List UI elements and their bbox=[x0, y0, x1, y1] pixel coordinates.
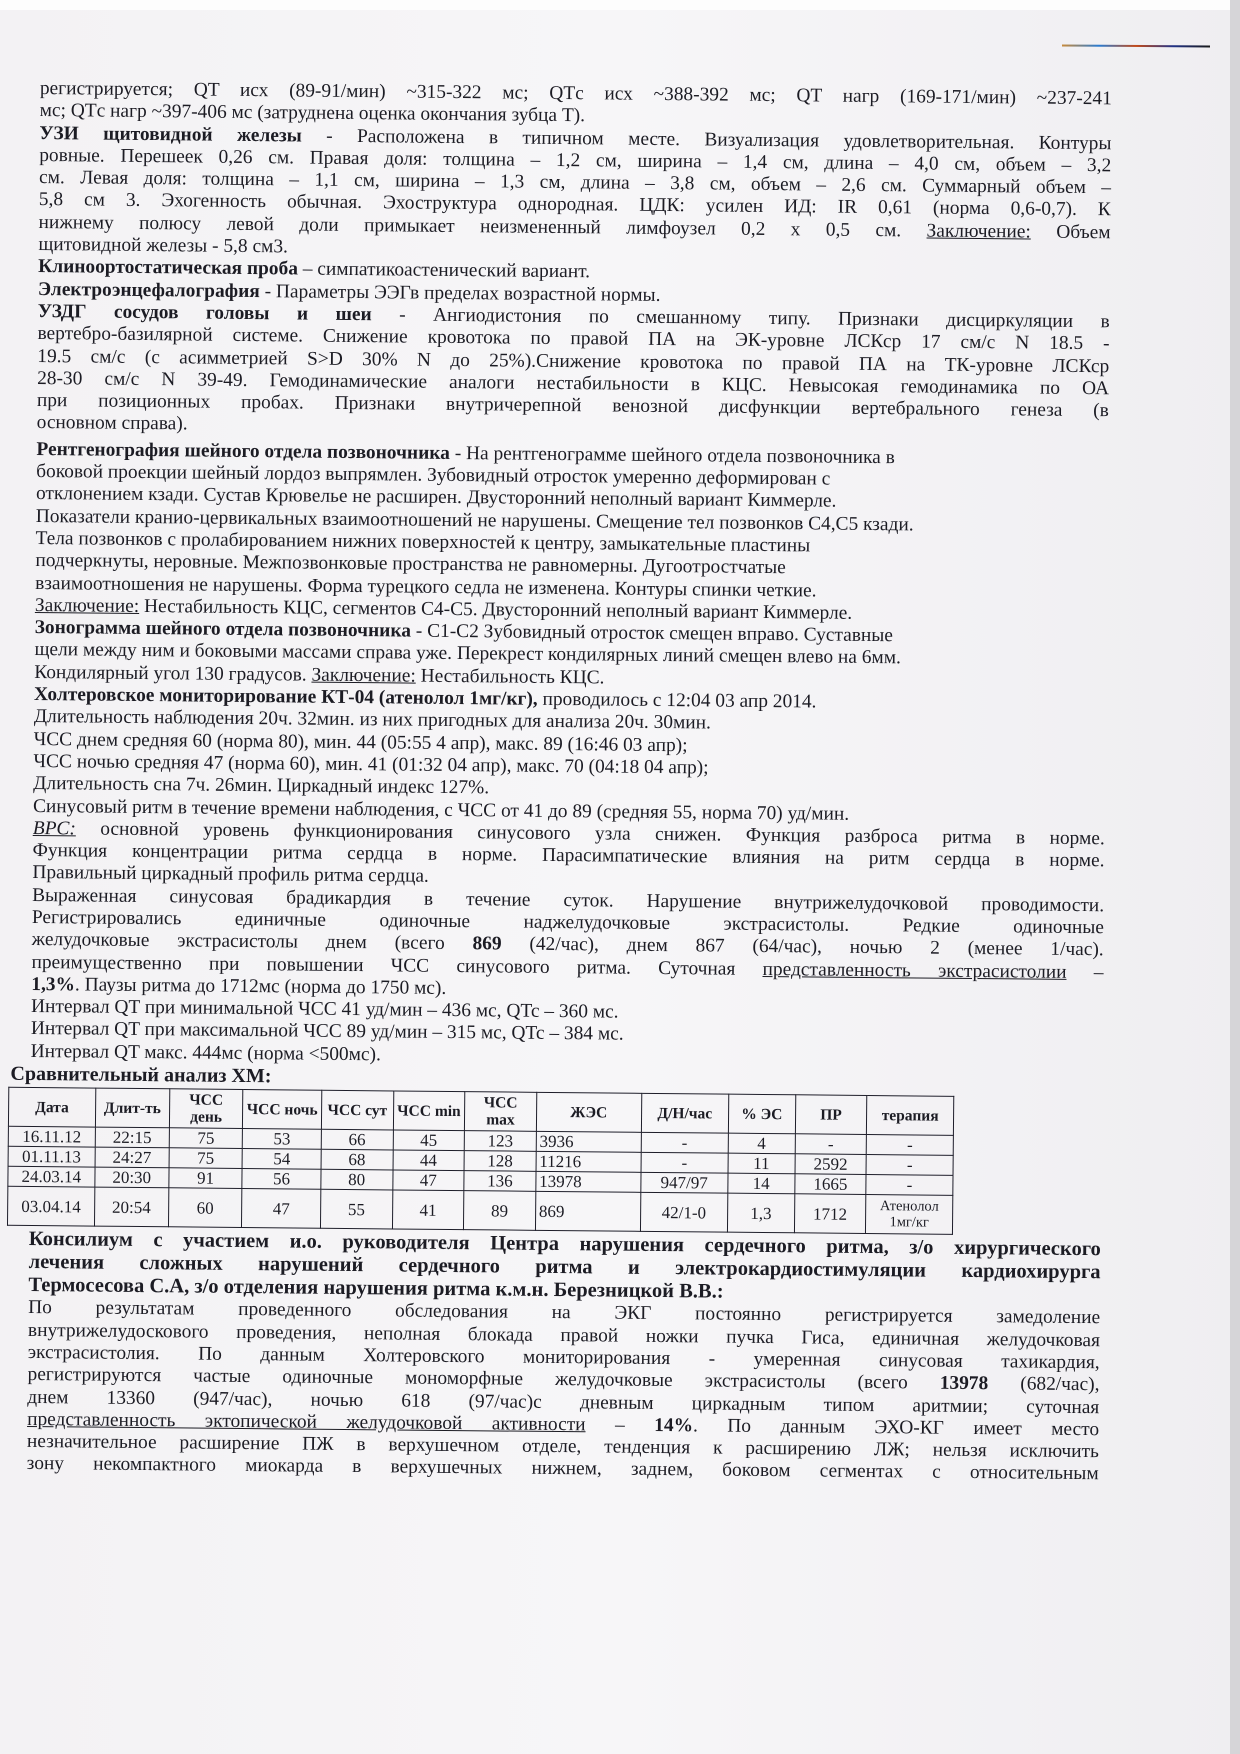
table-cell: 44 bbox=[393, 1150, 465, 1171]
table-cell: 13978 bbox=[536, 1172, 641, 1193]
column-header: ЧСС сут bbox=[321, 1091, 393, 1131]
vrs-label: ВРС: bbox=[33, 818, 76, 839]
table-cell: 947/97 bbox=[640, 1173, 728, 1194]
column-header: Дата bbox=[8, 1088, 95, 1128]
table-cell: 53 bbox=[242, 1129, 321, 1150]
table-cell: 11216 bbox=[536, 1152, 641, 1173]
table-cell: 1,3 bbox=[727, 1194, 794, 1234]
section-title: Рентгенография шейного отдела позвоночни… bbox=[36, 439, 450, 464]
scanned-page: регистрируется; QT исх (89-91/мин) ~315-… bbox=[0, 0, 1240, 1754]
table-cell: 1665 bbox=[794, 1174, 866, 1195]
table-cell: 56 bbox=[242, 1169, 321, 1190]
header-rule-line bbox=[1062, 44, 1210, 47]
section-title: УЗИ щитовидной железы bbox=[39, 123, 302, 147]
column-header: ЧСС день bbox=[169, 1089, 243, 1129]
table-cell: - bbox=[866, 1155, 953, 1176]
table-cell: 75 bbox=[169, 1128, 243, 1149]
conclusion-label: Заключение: bbox=[926, 220, 1030, 242]
table-cell: 123 bbox=[464, 1131, 536, 1152]
table-cell: 80 bbox=[321, 1170, 393, 1191]
table-cell: 47 bbox=[392, 1170, 464, 1191]
column-header: ЧСС min bbox=[393, 1091, 465, 1131]
table-cell: 24.03.14 bbox=[8, 1167, 95, 1188]
table-cell: 68 bbox=[321, 1150, 393, 1171]
column-header: ЧСС ночь bbox=[243, 1090, 322, 1130]
table-cell: Атенолол 1мг/кг bbox=[866, 1195, 953, 1235]
section-title: УЗДГ сосудов головы и шеи bbox=[38, 301, 372, 325]
conclusion-label: Заключение: bbox=[35, 595, 139, 617]
table-cell: 45 bbox=[393, 1130, 465, 1151]
table-cell: - bbox=[866, 1135, 953, 1156]
table-cell: 136 bbox=[464, 1171, 536, 1192]
section-zonogram: Зонограмма шейного отдела позвоночника -… bbox=[34, 617, 1107, 694]
conclusion-label: Заключение: bbox=[311, 664, 415, 686]
table-cell: 16.11.12 bbox=[8, 1127, 95, 1148]
scan-right-edge bbox=[1230, 0, 1240, 1754]
table-cell: 24:27 bbox=[95, 1147, 169, 1168]
table-cell: 66 bbox=[321, 1130, 393, 1151]
scan-top-margin bbox=[0, 0, 1240, 10]
table-row: 03.04.1420:54604755418986942/1-01,31712А… bbox=[7, 1187, 952, 1235]
table-cell: 47 bbox=[242, 1189, 321, 1229]
column-header: ЖЭС bbox=[536, 1093, 641, 1133]
section-thyroid: УЗИ щитовидной железы - Расположена в ти… bbox=[38, 123, 1111, 267]
table-cell: 869 bbox=[535, 1192, 640, 1232]
table-cell: 01.11.13 bbox=[8, 1147, 95, 1168]
table-cell: 2592 bbox=[795, 1154, 867, 1175]
table-cell: 42/1-0 bbox=[640, 1193, 728, 1233]
column-header: ЧСС max bbox=[465, 1092, 537, 1132]
column-header: Д/Н/час bbox=[641, 1094, 729, 1134]
table-cell: 128 bbox=[464, 1151, 536, 1172]
section-title: Холтеровское мониторирование КТ-04 (атен… bbox=[34, 684, 538, 710]
table-cell: 89 bbox=[464, 1191, 536, 1231]
column-header: Длит-ть bbox=[95, 1088, 169, 1128]
table-cell: 3936 bbox=[536, 1132, 641, 1153]
table-cell: - bbox=[866, 1175, 953, 1196]
section-uzdg: УЗДГ сосудов головы и шеи - Ангиодистони… bbox=[37, 301, 1110, 445]
section-xray: Рентгенография шейного отдела позвоночни… bbox=[35, 439, 1109, 628]
table-cell: 03.04.14 bbox=[7, 1187, 94, 1227]
table-cell: 20:54 bbox=[94, 1187, 168, 1227]
table-cell: 75 bbox=[169, 1148, 243, 1169]
table-cell: 91 bbox=[169, 1168, 243, 1189]
table-cell: 41 bbox=[392, 1190, 464, 1230]
section-consilium: Консилиум с участием и.о. руководителя Ц… bbox=[27, 1228, 1101, 1486]
holter-comparison-table: ДатаДлит-тьЧСС деньЧСС ночьЧСС сутЧСС mi… bbox=[7, 1087, 954, 1235]
document-body: регистрируется; QT исх (89-91/мин) ~315-… bbox=[27, 78, 1112, 1486]
table-cell: 11 bbox=[728, 1154, 795, 1175]
column-header: % ЭС bbox=[728, 1095, 795, 1135]
table-cell: 60 bbox=[168, 1188, 242, 1228]
section-title: Зонограмма шейного отдела позвоночника bbox=[35, 617, 411, 642]
column-header: ПР bbox=[795, 1095, 867, 1135]
table-cell: 14 bbox=[728, 1174, 795, 1195]
section-holter: Холтеровское мониторирование КТ-04 (атен… bbox=[31, 684, 1107, 1073]
table-cell: - bbox=[641, 1153, 729, 1174]
table-cell: 22:15 bbox=[95, 1127, 169, 1148]
table-cell: 4 bbox=[728, 1134, 795, 1155]
section-comparison: Сравнительный анализ ХМ: ДатаДлит-тьЧСС … bbox=[29, 1063, 1103, 1237]
table-cell: 20:30 bbox=[95, 1167, 169, 1188]
table-cell: 1712 bbox=[794, 1194, 866, 1234]
table-cell: - bbox=[795, 1134, 867, 1155]
column-header: терапия bbox=[867, 1096, 954, 1136]
table-cell: 54 bbox=[242, 1149, 321, 1170]
table-cell: - bbox=[641, 1133, 729, 1154]
table-cell: 55 bbox=[320, 1190, 392, 1230]
